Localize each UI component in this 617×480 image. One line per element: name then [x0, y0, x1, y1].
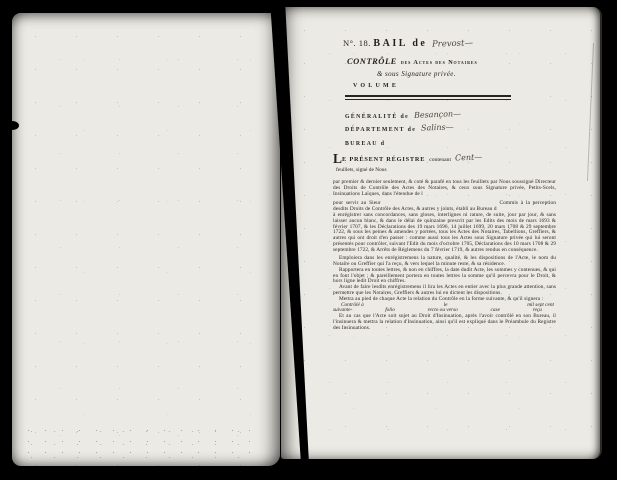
preamble-body: par premier & dernier seulement, & coté … [333, 180, 556, 332]
drop-cap-initial: L [333, 151, 342, 166]
paragraph-insinuation: Et au cas que l'Acte soit sujet au Droit… [333, 314, 556, 331]
manuscript-generalite-value: Besançon— [414, 109, 461, 120]
series-title-line: CONTRÔLE des Actes des Notaires [347, 51, 556, 69]
manuscript-folio-count: Cent— [455, 153, 483, 163]
field-generalite: GÉNÉRALITÉ de Besançon— [345, 105, 556, 119]
opening-statement: LE PRÉSENT RÉGISTRE contenant Cent— feui… [333, 148, 556, 173]
document-title: BAIL de [373, 38, 427, 49]
field-departement: DÉPARTEMENT de Salins— [345, 118, 556, 132]
document-title-line: N°. 18. BAIL de Prevost— [343, 38, 556, 49]
volume-label: VOLUME [353, 83, 556, 89]
page-edge-notch-artifact [6, 121, 19, 130]
printed-recto-page: N°. 18. BAIL de Prevost— CONTRÔLE des Ac… [281, 7, 602, 459]
paper-crease-mark [587, 43, 594, 181]
paragraph-avant: Avant de faire lesdits enrégistremens il… [333, 285, 556, 297]
bureau-label: BUREAU d [345, 141, 385, 147]
scanned-register-background: N°. 18. BAIL de Prevost— CONTRÔLE des Ac… [0, 0, 617, 480]
double-rule-divider [345, 95, 511, 100]
opening-lead-rest: contenant [429, 157, 451, 163]
manuscript-series-name: Prevost— [432, 38, 473, 49]
series-title-main: CONTRÔLE [347, 56, 397, 66]
administrative-fields: GÉNÉRALITÉ de Besançon— DÉPARTEMENT de S… [333, 105, 556, 146]
register-number: N°. 18. [343, 38, 371, 48]
blank-verso-page [12, 13, 280, 466]
manuscript-departement-value: Salins— [421, 123, 454, 133]
printed-content: N°. 18. BAIL de Prevost— CONTRÔLE des Ac… [333, 38, 556, 332]
series-subtitle: & sous Signature privée. [377, 70, 556, 78]
scan-speckle-artifacts [20, 425, 250, 463]
paragraph-commission: pour servir au Sieur Commis à la percept… [333, 201, 556, 253]
series-title-rest: des Actes des Notaires [401, 59, 478, 66]
paragraph-signature: par premier & dernier seulement, & coté … [333, 180, 556, 197]
field-bureau: BUREAU d [345, 132, 556, 146]
opening-lead: E PRÉSENT RÉGISTRE [342, 156, 425, 163]
paragraph-emploiera: Emploiera dans les enrégistremens la nat… [333, 256, 556, 268]
opening-line2: feuillets, signé de Nous [336, 167, 556, 173]
paragraph-rapportera: Rapportera en toutes lettres, & non en c… [333, 268, 556, 285]
